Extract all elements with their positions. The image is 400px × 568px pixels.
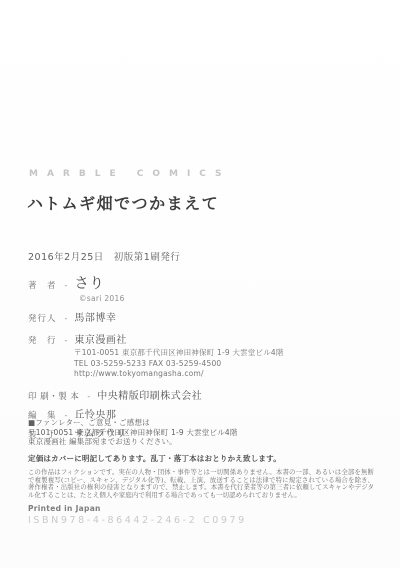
colophon-page: MARBLE COMICS ハトムギ畑でつかまえて 2016年2月25日 初版第… (0, 0, 400, 568)
author-copyright: ©sari 2016 (79, 294, 372, 303)
credit-row-publisher: 発 行 - 東京漫画社 (28, 331, 372, 346)
isbn-line: ISBN978-4-86442-246-2 C0979 (28, 515, 247, 526)
publisher-details: 〒101-0051 東京都千代田区神田神保町 1-9 大雲堂ビル4階 TEL 0… (74, 348, 372, 380)
credit-row-publisher-person: 発行人 - 馬部博幸 (28, 309, 372, 324)
publisher-tel-fax: TEL 03-5259-5233 FAX 03-5259-4500 (74, 359, 372, 370)
publisher-person-name: 馬部博幸 (74, 309, 116, 324)
author-label: 著 者 (28, 279, 57, 291)
printing-label: 印 刷・製 本 (28, 390, 79, 402)
publisher-label: 発 行 (28, 334, 57, 346)
credit-separator: - (65, 314, 68, 323)
credit-separator: - (65, 336, 68, 345)
fan-letter-recipient: 東京漫画社 編集部宛までお送りください。 (28, 437, 238, 447)
legal-notice: この作品はフィクションです。実在の人物・団体・事件等とは一切関係ありません。本書… (28, 469, 374, 499)
fan-letter-notice: ■ファンレター、ご意見・ご感想は 〒101-0051 東京都千代田区神田神保町 … (28, 418, 238, 447)
publisher-person-label: 発行人 (28, 312, 57, 324)
series-logo: MARBLE COMICS (29, 169, 231, 179)
price-notice: 定価はカバーに明記してあります。乱丁・落丁本はおとりかえ致します。 (28, 453, 281, 464)
publisher-address: 〒101-0051 東京都千代田区神田神保町 1-9 大雲堂ビル4階 (74, 348, 372, 359)
publisher-name: 東京漫画社 (74, 331, 127, 346)
fan-letter-heading: ■ファンレター、ご意見・ご感想は (28, 418, 238, 428)
credits-block: 著 者 - さり ©sari 2016 発行人 - 馬部博幸 発 行 - 東京漫… (28, 272, 372, 440)
printing-company: 中央精版印刷株式会社 (97, 387, 202, 402)
book-title: ハトムギ畑でつかまえて (27, 191, 219, 214)
edition-line: 2016年2月25日 初版第1刷発行 (28, 249, 180, 263)
printed-in-japan: Printed in Japan (28, 504, 101, 513)
credit-row-author: 著 者 - さり (28, 272, 372, 293)
credit-row-printing: 印 刷・製 本 - 中央精版印刷株式会社 (28, 387, 372, 402)
credit-separator: - (87, 392, 90, 401)
publisher-url: http://www.tokyomangasha.com/ (74, 369, 372, 380)
author-name: さり (74, 272, 104, 293)
fan-letter-address: 〒101-0051 東京都千代田区神田神保町 1-9 大雲堂ビル4階 (28, 428, 238, 438)
credit-separator: - (65, 281, 68, 290)
